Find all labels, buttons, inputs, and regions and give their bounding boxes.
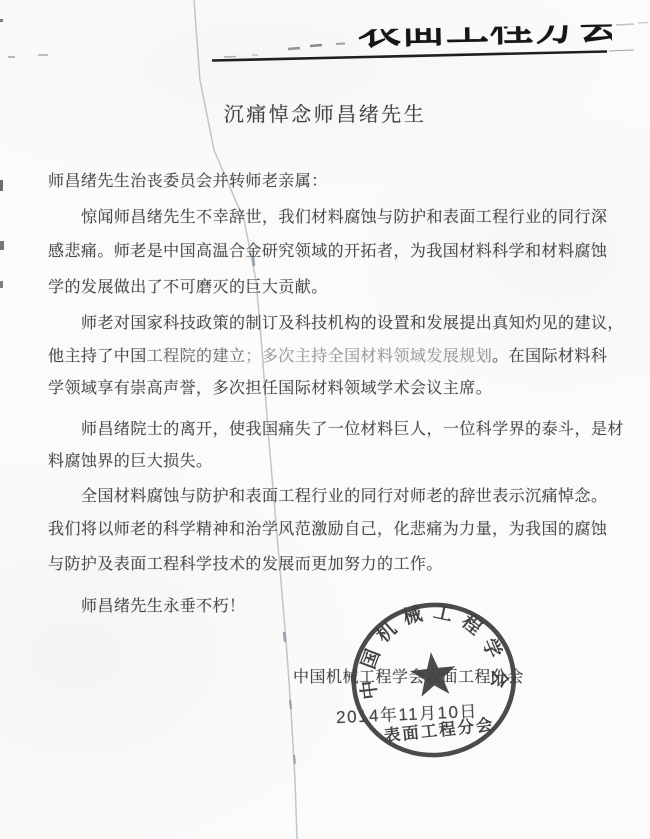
- signature-line: 中国机械工程学会表面工程分会: [293, 664, 524, 687]
- faded-text-segment: 他主持了中国: [48, 348, 147, 365]
- letterhead-text: 表面工程分会: [358, 24, 612, 51]
- faded-text-segment: 。在国际材料科: [492, 348, 607, 365]
- body-line: 惊闻师昌绪先生不幸辞世，我们材料腐蚀与防护和表面工程行业的同行深: [48, 207, 607, 229]
- faded-text-segment: ；多次主持全国材料领域发展规划: [245, 348, 492, 365]
- letterhead-clipped-text: 表面工程分会: [358, 24, 613, 56]
- closing-line: 师昌绪先生永垂不朽！: [48, 596, 246, 618]
- salutation-line: 师昌绪先生治丧委员会并转师老亲属：: [48, 171, 328, 193]
- body-line: 与防护及表面工程科学技术的发展而更加努力的工作。: [48, 554, 443, 576]
- faded-text-segment: 工程院的建立: [147, 348, 246, 365]
- body-line: 他主持了中国工程院的建立；多次主持全国材料领域发展规划。在国际材料科: [48, 346, 607, 368]
- body-line: 全国材料腐蚀与防护和表面工程行业的同行对师老的辞世表示沉痛悼念。: [48, 486, 607, 508]
- body-line: 师老对国家科技政策的制订及科技机构的设置和发展提出真知灼见的建议，: [48, 313, 624, 335]
- body-line: 学的发展做出了不可磨灭的巨大贡献。: [48, 277, 328, 299]
- body-line: 学领域享有崇高声誉，多次担任国际材料领域学术会议主席。: [48, 378, 492, 400]
- letter-title: 沉痛悼念师昌绪先生: [0, 98, 650, 127]
- seal-ring-text: 中国机械工程学会: [349, 592, 515, 713]
- body-line: 师昌绪院士的离开，使我国痛失了一位材料巨人，一位科学界的泰斗，是材: [48, 419, 624, 441]
- svg-text:中国机械工程学会: 中国机械工程学会: [349, 592, 515, 713]
- body-line: 我们将以师老的科学精神和治学风范激励自己，化悲痛为力量，为我国的腐蚀: [48, 519, 607, 541]
- body-line: 感悲痛。师老是中国高温合金研究领域的开拓者，为我国材料科学和材料腐蚀: [48, 241, 607, 263]
- body-line: 料腐蚀界的巨大损失。: [48, 451, 213, 473]
- scanned-letter-page: 表面工程分会 沉痛悼念师昌绪先生 师昌绪先生治丧委员会并转师老亲属：惊闻师昌绪先…: [0, 0, 650, 839]
